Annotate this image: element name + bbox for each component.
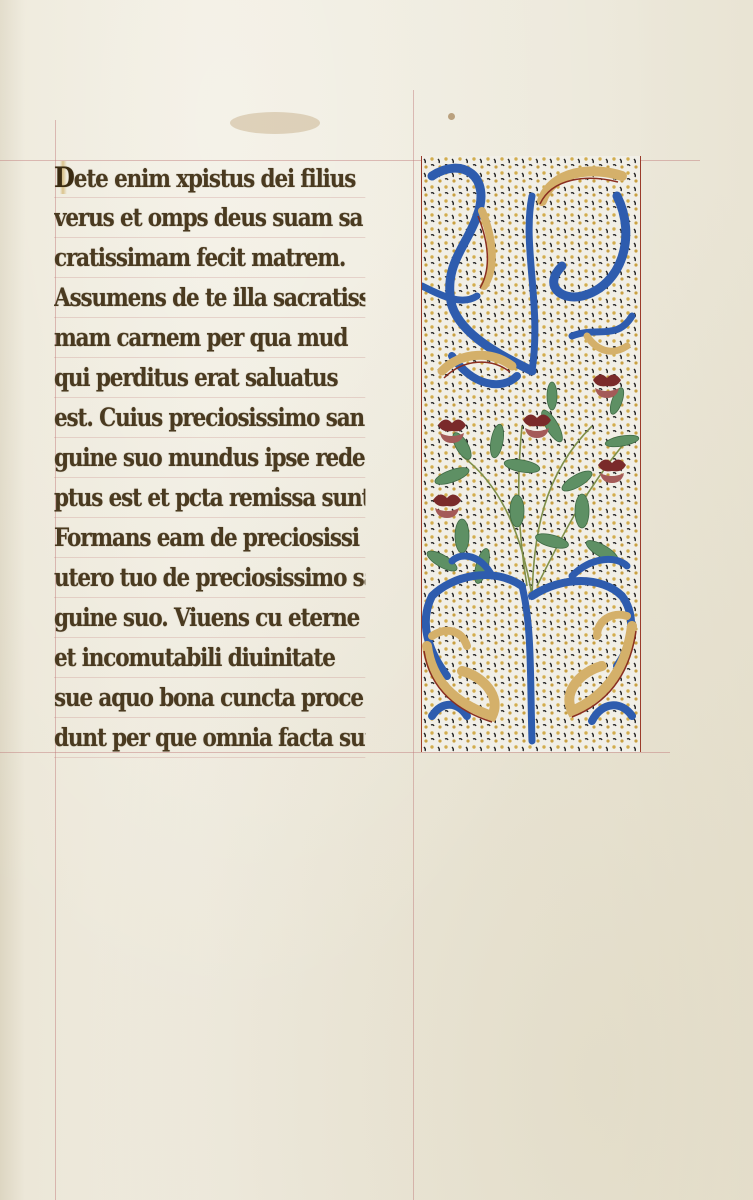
text-line: Formans eam de preciosissi [54,518,365,558]
manuscript-page: Dete enim xpistus dei filius verus et om… [0,0,753,1200]
text-line: dunt per que omnia facta sut. [54,718,365,758]
stain [448,113,455,120]
stain [230,112,320,134]
text-line: cratissimam fecit matrem. [54,238,365,278]
text-line: Dete enim xpistus dei filius [54,158,365,198]
text-line: sue aquo bona cuncta proce [54,678,365,718]
text-line: mam carnem per qua mud [54,318,365,358]
text-line: qui perditus erat saluatus [54,358,365,398]
text-line: guine suo mundus ipse rede [54,438,365,478]
floral-border [421,156,641,752]
floral-border-illustration [422,156,640,752]
text-line: est. Cuius preciosissimo san [54,398,365,438]
line-text: ete enim xpistus dei filius [74,164,355,193]
text-block: Dete enim xpistus dei filius verus et om… [54,158,416,758]
text-line: utero tuo de preciosissimo sa [54,558,365,598]
text-line: verus et omps deus suam sa [54,198,365,238]
text-line: ptus est et pcta remissa sunt. [54,478,365,518]
text-line: Assumens de te illa sacratissi [54,278,365,318]
text-line: et incomutabili diuinitate [54,638,365,678]
initial-d: D [54,161,74,194]
text-line: guine suo. Viuens cu eterne [54,598,365,638]
